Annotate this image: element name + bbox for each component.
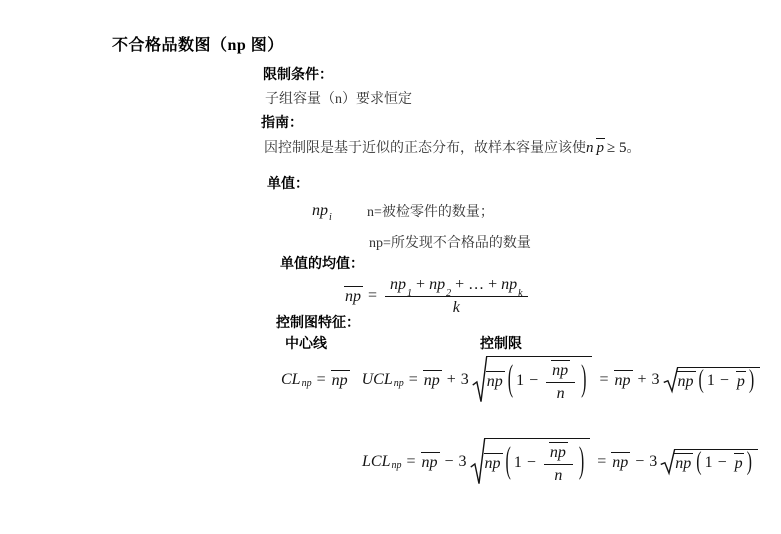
np-bar: np — [344, 286, 363, 306]
right-paren: ) — [747, 447, 752, 480]
number-1: 1 — [707, 371, 715, 391]
cl-symbol: CL — [281, 370, 301, 390]
p-bar: p — [736, 371, 746, 391]
radical-icon — [660, 449, 675, 474]
left-paren: ( — [699, 365, 704, 398]
minus-sign: − — [718, 453, 727, 473]
right-paren: ) — [749, 365, 754, 398]
p-bar: p — [734, 453, 744, 473]
restrict-body: 子组容量（n）要求恒定 — [265, 91, 412, 109]
var-n: n — [557, 385, 565, 402]
np-bar: np — [331, 370, 350, 390]
ellipsis: … — [468, 276, 484, 294]
var-p-bar: p — [596, 138, 606, 157]
mean-formula: np = np1 + np2 + … + npk k — [344, 276, 531, 316]
minus-sign: − — [720, 371, 729, 391]
coefficient-3: 3 — [652, 370, 660, 390]
np-bar: np — [551, 360, 570, 380]
np-bar: np — [423, 370, 442, 390]
square-root: np ( 1 − p ) — [663, 367, 761, 392]
left-paren: ( — [508, 358, 513, 404]
guide-text: 因控制限是基于近似的正态分布，故样本容量应该使 — [264, 141, 586, 156]
radicand: np ( 1 − np n ) — [486, 356, 593, 403]
guide-line: 因控制限是基于近似的正态分布，故样本容量应该使np≥ 5。 — [264, 138, 640, 158]
definition-np: np=所发现不合格品的数量 — [369, 235, 531, 253]
radicand: np ( 1 − p ) — [674, 449, 758, 474]
equals-sign: = — [599, 370, 608, 390]
coefficient-3: 3 — [649, 452, 657, 472]
minus-sign: − — [445, 452, 454, 472]
minus-sign: − — [529, 371, 538, 391]
ucl-symbol: UCL — [362, 370, 393, 390]
equals-sign: = — [406, 452, 415, 472]
denominator: n — [554, 465, 562, 485]
number-1: 1 — [705, 453, 713, 473]
np-over-n-fraction: np n — [544, 442, 573, 484]
equals-sign: = — [597, 452, 606, 472]
var-np: np — [390, 276, 406, 294]
coefficient-3: 3 — [459, 452, 467, 472]
control-limit-label: 控制限 — [480, 336, 522, 354]
np-bar: np — [674, 453, 693, 473]
radical-icon — [663, 367, 678, 392]
guide-period: 。 — [626, 141, 640, 156]
right-paren: ) — [579, 440, 584, 486]
var-n: n — [586, 140, 594, 156]
definition-n: n=被检零件的数量； — [367, 204, 494, 222]
sub-np: np — [391, 460, 401, 473]
radical-icon — [470, 438, 485, 485]
var-np: np — [429, 276, 445, 294]
left-paren: ( — [696, 447, 701, 480]
sub-k: k — [518, 288, 522, 299]
right-paren: ) — [581, 358, 586, 404]
np-bar: np — [486, 371, 505, 391]
np-bar: np — [484, 453, 503, 473]
sub-np: np — [302, 378, 312, 391]
number-1: 1 — [514, 453, 522, 473]
page-title: 不合格品数图（np 图） — [112, 36, 284, 56]
geq-five: ≥ 5 — [607, 140, 626, 156]
np-bar: np — [611, 452, 630, 472]
guide-heading: 指南： — [261, 115, 303, 133]
np-bar: np — [614, 370, 633, 390]
lcl-formula: LCLnp = np − 3 np ( 1 − np n ) = np − 3 — [362, 438, 760, 485]
centerline-label: 中心线 — [285, 336, 327, 354]
plus-sign: + — [488, 276, 497, 294]
document-page: 不合格品数图（np 图） 限制条件： 子组容量（n）要求恒定 指南： 因控制限是… — [0, 0, 781, 534]
np-bar: np — [421, 452, 440, 472]
square-root: np ( 1 − p ) — [660, 449, 758, 474]
sub-1: 1 — [407, 288, 412, 299]
number-1: 1 — [516, 371, 524, 391]
square-root: np ( 1 − np n ) — [472, 356, 593, 403]
radical-icon — [472, 356, 487, 403]
restrict-heading: 限制条件： — [263, 67, 333, 85]
minus-sign: − — [635, 452, 644, 472]
cl-ucl-formula: CLnp = np UCLnp = np + 3 np ( 1 − np n )… — [281, 356, 762, 403]
numerator: np1 + np2 + … + npk — [385, 276, 528, 297]
denominator: n — [557, 383, 565, 403]
numerator: np — [546, 360, 575, 383]
np-i-term: npi — [312, 201, 332, 221]
plus-sign: + — [416, 276, 425, 294]
lcl-symbol: LCL — [362, 452, 390, 472]
sub-np: np — [394, 378, 404, 391]
plus-sign: + — [447, 370, 456, 390]
np-bar-term: np — [586, 140, 605, 156]
coefficient-3: 3 — [461, 370, 469, 390]
sub-2: 2 — [446, 288, 451, 299]
radicand: np ( 1 − np n ) — [484, 438, 591, 485]
var-n: n — [554, 467, 562, 484]
np-bar: np — [549, 442, 568, 462]
plus-sign: + — [638, 370, 647, 390]
denominator: k — [453, 297, 460, 317]
np-over-n-fraction: np n — [546, 360, 575, 402]
equals-sign: = — [368, 286, 377, 306]
square-root: np ( 1 − np n ) — [470, 438, 591, 485]
mean-heading: 单值的均值： — [280, 256, 364, 274]
np-bar: np — [677, 371, 696, 391]
features-heading: 控制图特征： — [276, 315, 360, 333]
var-np: np — [501, 276, 517, 294]
mean-fraction: np1 + np2 + … + npk k — [385, 276, 528, 316]
plus-sign: + — [455, 276, 464, 294]
equals-sign: = — [409, 370, 418, 390]
numerator: np — [544, 442, 573, 465]
var-k: k — [453, 299, 460, 316]
sub-i: i — [329, 212, 332, 223]
minus-sign: − — [527, 453, 536, 473]
var-np: np — [312, 202, 328, 219]
left-paren: ( — [506, 440, 511, 486]
individual-heading: 单值： — [267, 176, 309, 194]
radicand: np ( 1 − p ) — [677, 367, 761, 392]
equals-sign: = — [317, 370, 326, 390]
